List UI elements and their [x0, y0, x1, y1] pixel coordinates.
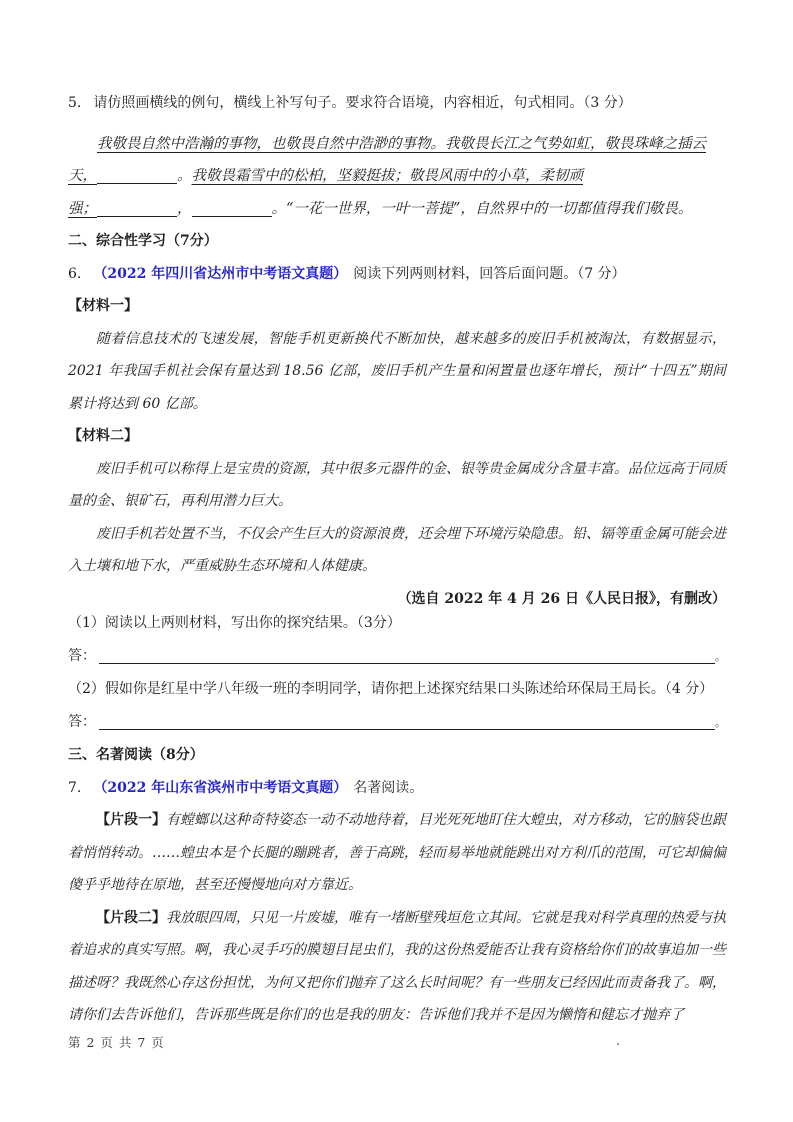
separator-period-1: 。: [177, 168, 192, 184]
separator-period-2: 。: [272, 201, 287, 217]
fill-in-blank-1: [97, 182, 177, 184]
fragment-1-paragraph: 【片段一】有螳螂以这种奇特姿态一动不动地待着，目光死死地盯住大蝗虫，对方移动，它…: [68, 804, 726, 902]
material-2-label: 【材料二】: [68, 420, 726, 453]
fragment-2-paragraph: 【片段二】我放眼四周，只见一片废墟，唯有一堵断壁残垣危立其间。它就是我对科学真理…: [68, 902, 726, 1032]
question-5-prompt-line: 5.请仿照画横线的例句，横线上补写句子。要求符合语境，内容相近，句式相同。（3 …: [68, 87, 726, 120]
underlined-example-text-2: 我敬畏霜雪中的松柏，坚毅挺拔；敬畏风雨中的小草，柔韧顽: [192, 168, 584, 184]
question-7-source-tag: （2022 年山东省滨州市中考语文真题）: [93, 780, 347, 796]
material-1-paragraph: 随着信息技术的飞速发展，智能手机更新换代不断加快，越来越多的废旧手机被淘汰，有数…: [68, 323, 726, 421]
question-5-example-block: 我敬畏自然中浩瀚的事物，也敬畏自然中浩渺的事物。我敬畏长江之气势如虹，敬畏珠峰之…: [68, 128, 726, 226]
answer-label-2: 答：: [68, 706, 96, 739]
question-7-number: 7.: [68, 772, 81, 805]
fill-in-blank-2: [97, 215, 177, 217]
fill-in-blank-3: [192, 215, 272, 217]
section-heading-3: 三、名著阅读（8分）: [68, 739, 726, 772]
page-content: 5.请仿照画横线的例句，横线上补写句子。要求符合语境，内容相近，句式相同。（3 …: [68, 87, 726, 1032]
answer-period-1: 。: [715, 641, 726, 674]
stray-dot: .: [616, 1034, 620, 1049]
question-6-prompt-line: 6.（2022 年四川省达州市中考语文真题）阅读下列两则材料，回答后面问题。（7…: [68, 258, 726, 291]
section-heading-2: 二、综合性学习（7分）: [68, 225, 726, 258]
question-5-prompt: 请仿照画横线的例句，横线上补写句子。要求符合语境，内容相近，句式相同。（3 分）: [93, 95, 631, 111]
underlined-example-text-1: 我敬畏自然中浩瀚的事物，也敬畏自然中浩渺的事物。我敬畏长江之气势如虹，敬畏珠峰之…: [97, 136, 706, 152]
exam-paper-page: 5.请仿照画横线的例句，横线上补写句子。要求符合语境，内容相近，句式相同。（3 …: [0, 0, 793, 1122]
answer-line-2: [99, 728, 715, 730]
answer-line-1: [99, 662, 715, 664]
material-2-paragraph-1: 废旧手机可以称得上是宝贵的资源，其中很多元器件的金、银等贵金属成分含量丰富。品位…: [68, 453, 726, 518]
answer-row-1: 答：。: [68, 640, 726, 674]
question-6-prompt: 阅读下列两则材料，回答后面问题。（7 分）: [353, 266, 625, 282]
separator-comma: ，: [177, 201, 192, 217]
example-tail-text: “一花一世界，一叶一菩提”，自然界中的一切都值得我们敬畏。: [286, 201, 692, 217]
page-footer: 第 2 页 共 7 页: [68, 1034, 165, 1052]
question-6-number: 6.: [68, 258, 81, 291]
underlined-lead-tian: 天，: [68, 168, 97, 184]
example-sentence-line-2: 天，。我敬畏霜雪中的松柏，坚毅挺拔；敬畏风雨中的小草，柔韧顽: [68, 160, 726, 193]
question-5-number: 5.: [68, 87, 81, 120]
question-6-source-tag: （2022 年四川省达州市中考语文真题）: [93, 266, 347, 282]
example-sentence-line-3: 强；，。“一花一世界，一叶一菩提”，自然界中的一切都值得我们敬畏。: [68, 193, 726, 226]
underlined-lead-qiang: 强；: [68, 201, 97, 217]
fragment-2-label: 【片段二】: [96, 910, 166, 926]
example-sentence-line-1: 我敬畏自然中浩瀚的事物，也敬畏自然中浩渺的事物。我敬畏长江之气势如虹，敬畏珠峰之…: [68, 128, 726, 161]
answer-label-1: 答：: [68, 640, 96, 673]
answer-row-2: 答：。: [68, 706, 726, 740]
material-2-paragraph-2: 废旧手机若处置不当，不仅会产生巨大的资源浪费，还会埋下环境污染隐患。铅、镉等重金…: [68, 518, 726, 583]
fragment-1-label: 【片段一】: [96, 812, 166, 828]
question-7-prompt-line: 7.（2022 年山东省滨州市中考语文真题）名著阅读。: [68, 772, 726, 805]
answer-period-2: 。: [715, 707, 726, 740]
fragment-1-text: 有螳螂以这种奇特姿态一动不动地待着，目光死死地盯住大蝗虫，对方移动，它的脑袋也跟…: [68, 812, 726, 893]
question-7-prompt: 名著阅读。: [353, 780, 423, 796]
sub-question-2: （2）假如你是红星中学八年级一班的李明同学，请你把上述探究结果口头陈述给环保局王…: [68, 673, 726, 706]
material-1-label: 【材料一】: [68, 290, 726, 323]
fragment-2-text: 我放眼四周，只见一片废墟，唯有一堵断壁残垣危立其间。它就是我对科学真理的热爱与执…: [68, 910, 726, 1024]
